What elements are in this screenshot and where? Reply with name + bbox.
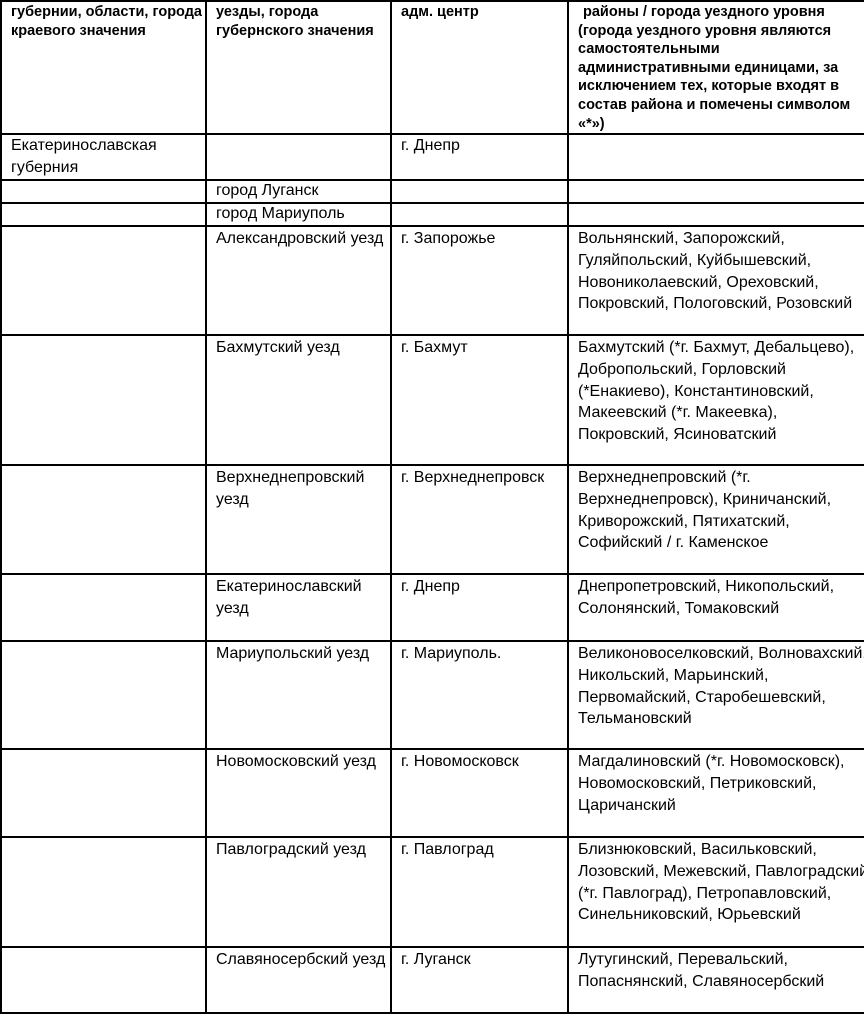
table-row: Славяносербский уезд г. Луганск Лутугинс…	[1, 947, 864, 1013]
table-row: город Мариуполь	[1, 203, 864, 226]
header-row: губернии, области, города краевого значе…	[1, 1, 864, 134]
cell-admin-center: г. Новомосковск	[391, 749, 568, 837]
cell-uezd: Александровский уезд	[206, 226, 391, 335]
table-row: Мариупольский уезд г. Мариуполь. Великон…	[1, 641, 864, 749]
cell-admin-center: г. Луганск	[391, 947, 568, 1013]
header-districts: районы / города уездного уровня (города …	[568, 1, 864, 134]
cell-gubernia	[1, 641, 206, 749]
cell-districts: Близнюковский, Васильковский, Лозовский,…	[568, 837, 864, 947]
cell-uezd: Славяносербский уезд	[206, 947, 391, 1013]
cell-gubernia: Екатеринославская губерния	[1, 134, 206, 180]
table-row: город Луганск	[1, 180, 864, 203]
cell-gubernia	[1, 574, 206, 641]
cell-uezd: Бахмутский уезд	[206, 335, 391, 465]
cell-uezd: Новомосковский уезд	[206, 749, 391, 837]
table-row: Екатеринославский уезд г. Днепр Днепропе…	[1, 574, 864, 641]
table-row: Павлоградский уезд г. Павлоград Близнюко…	[1, 837, 864, 947]
cell-admin-center: г. Павлоград	[391, 837, 568, 947]
table-header: губернии, области, города краевого значе…	[1, 1, 864, 134]
cell-gubernia	[1, 749, 206, 837]
cell-districts	[568, 180, 864, 203]
cell-gubernia	[1, 465, 206, 574]
cell-gubernia	[1, 837, 206, 947]
cell-admin-center: г. Мариуполь.	[391, 641, 568, 749]
cell-admin-center: г. Днепр	[391, 134, 568, 180]
cell-admin-center	[391, 203, 568, 226]
cell-admin-center: г. Верхнеднепровск	[391, 465, 568, 574]
cell-gubernia	[1, 335, 206, 465]
cell-admin-center: г. Запорожье	[391, 226, 568, 335]
cell-districts: Бахмутский (*г. Бахмут, Дебальцево), Доб…	[568, 335, 864, 465]
cell-uezd: Павлоградский уезд	[206, 837, 391, 947]
table-body: Екатеринославская губерния г. Днепр горо…	[1, 134, 864, 1013]
table-row: Бахмутский уезд г. Бахмут Бахмутский (*г…	[1, 335, 864, 465]
cell-districts	[568, 203, 864, 226]
cell-gubernia	[1, 226, 206, 335]
cell-uezd: город Луганск	[206, 180, 391, 203]
header-gubernia: губернии, области, города краевого значе…	[1, 1, 206, 134]
cell-districts: Верхнеднепровский (*г. Верхнеднепровск),…	[568, 465, 864, 574]
cell-districts: Лутугинский, Перевальский, Попаснянский,…	[568, 947, 864, 1013]
table-row: Екатеринославская губерния г. Днепр	[1, 134, 864, 180]
cell-gubernia	[1, 203, 206, 226]
cell-uezd: Верхнеднепровский уезд	[206, 465, 391, 574]
table-row: Верхнеднепровский уезд г. Верхнеднепровс…	[1, 465, 864, 574]
cell-districts: Вольнянский, Запорожский, Гуляйпольский,…	[568, 226, 864, 335]
table-row: Новомосковский уезд г. Новомосковск Магд…	[1, 749, 864, 837]
cell-admin-center: г. Днепр	[391, 574, 568, 641]
cell-uezd: Мариупольский уезд	[206, 641, 391, 749]
cell-uezd: город Мариуполь	[206, 203, 391, 226]
cell-districts: Магдалиновский (*г. Новомосковск), Новом…	[568, 749, 864, 837]
cell-districts: Великоновоселковский, Волновахский, Нико…	[568, 641, 864, 749]
cell-districts	[568, 134, 864, 180]
header-uezd: уезды, города губернского значения	[206, 1, 391, 134]
cell-admin-center	[391, 180, 568, 203]
cell-admin-center: г. Бахмут	[391, 335, 568, 465]
administrative-division-table: губернии, области, города краевого значе…	[0, 0, 864, 1014]
cell-uezd	[206, 134, 391, 180]
cell-uezd: Екатеринославский уезд	[206, 574, 391, 641]
cell-gubernia	[1, 947, 206, 1013]
cell-districts: Днепропетровский, Никопольский, Солонянс…	[568, 574, 864, 641]
header-admin-center: адм. центр	[391, 1, 568, 134]
table-row: Александровский уезд г. Запорожье Вольня…	[1, 226, 864, 335]
cell-gubernia	[1, 180, 206, 203]
header-districts-note: (города уездного уровня являются самосто…	[578, 22, 864, 134]
header-districts-title: районы / города уездного уровня	[583, 4, 825, 20]
